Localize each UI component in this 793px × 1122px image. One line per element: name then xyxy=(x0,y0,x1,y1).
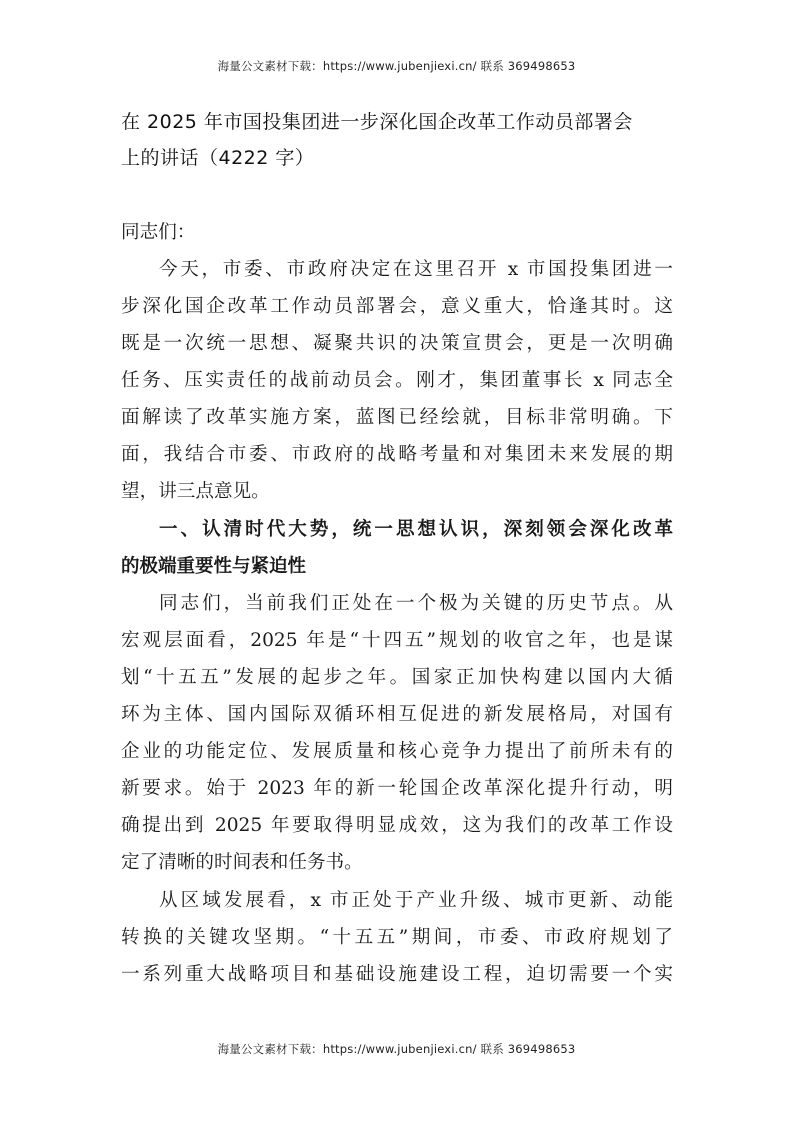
section-heading-1-cont: 的极端重要性与紧迫性 xyxy=(121,548,673,585)
section-heading-1: 一、认清时代大势，统一思想认识，深刻领会深化改革 xyxy=(159,511,673,548)
paragraph-line: 企业的功能定位、发展质量和核心竞争力提出了前所未有的 xyxy=(121,733,673,770)
paragraph-line: 既是一次统一思想、凝聚共识的决策宣贯会，更是一次明确 xyxy=(121,325,673,362)
paragraph-line: 环为主体、国内国际双循环相互促进的新发展格局，对国有 xyxy=(121,696,673,733)
paragraph-line: 定了清晰的时间表和任务书。 xyxy=(121,844,673,881)
salutation: 同志们： xyxy=(121,214,673,251)
page-footer-watermark: 海量公文素材下载：https://www.jubenjiexi.cn/ 联系 3… xyxy=(0,1041,793,1057)
title-line-2: 上的讲话（4222 字） xyxy=(121,140,676,176)
paragraph-line: 转换的关键攻坚期。“十五五”期间，市委、市政府规划了 xyxy=(121,919,673,956)
paragraph-line: 任务、压实责任的战前动员会。刚才，集团董事长 x 同志全 xyxy=(121,362,673,399)
paragraph-line: 同志们，当前我们正处在一个极为关键的历史节点。从 xyxy=(159,585,673,622)
paragraph-line: 从区域发展看，x 市正处于产业升级、城市更新、动能 xyxy=(159,882,673,919)
paragraph-line: 面，我结合市委、市政府的战略考量和对集团未来发展的期 xyxy=(121,436,673,473)
paragraph-line: 面解读了改革实施方案，蓝图已经绘就，目标非常明确。下 xyxy=(121,399,673,436)
paragraph-line: 步深化国企改革工作动员部署会，意义重大，恰逢其时。这 xyxy=(121,288,673,325)
paragraph-line: 今天，市委、市政府决定在这里召开 x 市国投集团进一 xyxy=(159,251,673,288)
paragraph-line: 划“十五五”发展的起步之年。国家正加快构建以国内大循 xyxy=(121,659,673,696)
paragraph-line: 一系列重大战略项目和基础设施建设工程，迫切需要一个实 xyxy=(121,956,673,993)
page-header-watermark: 海量公文素材下载：https://www.jubenjiexi.cn/ 联系 3… xyxy=(0,58,793,74)
title-line-1: 在 2025 年市国投集团进一步深化国企改革工作动员部署会 xyxy=(121,104,676,140)
paragraph-line: 新要求。始于 2023 年的新一轮国企改革深化提升行动，明 xyxy=(121,770,673,807)
paragraph-line: 确提出到 2025 年要取得明显成效，这为我们的改革工作设 xyxy=(121,807,673,844)
paragraph-line: 宏观层面看，2025 年是“十四五”规划的收官之年，也是谋 xyxy=(121,622,673,659)
paragraph-line: 望，讲三点意见。 xyxy=(121,473,673,510)
document-title: 在 2025 年市国投集团进一步深化国企改革工作动员部署会 上的讲话（4222 … xyxy=(121,104,676,176)
